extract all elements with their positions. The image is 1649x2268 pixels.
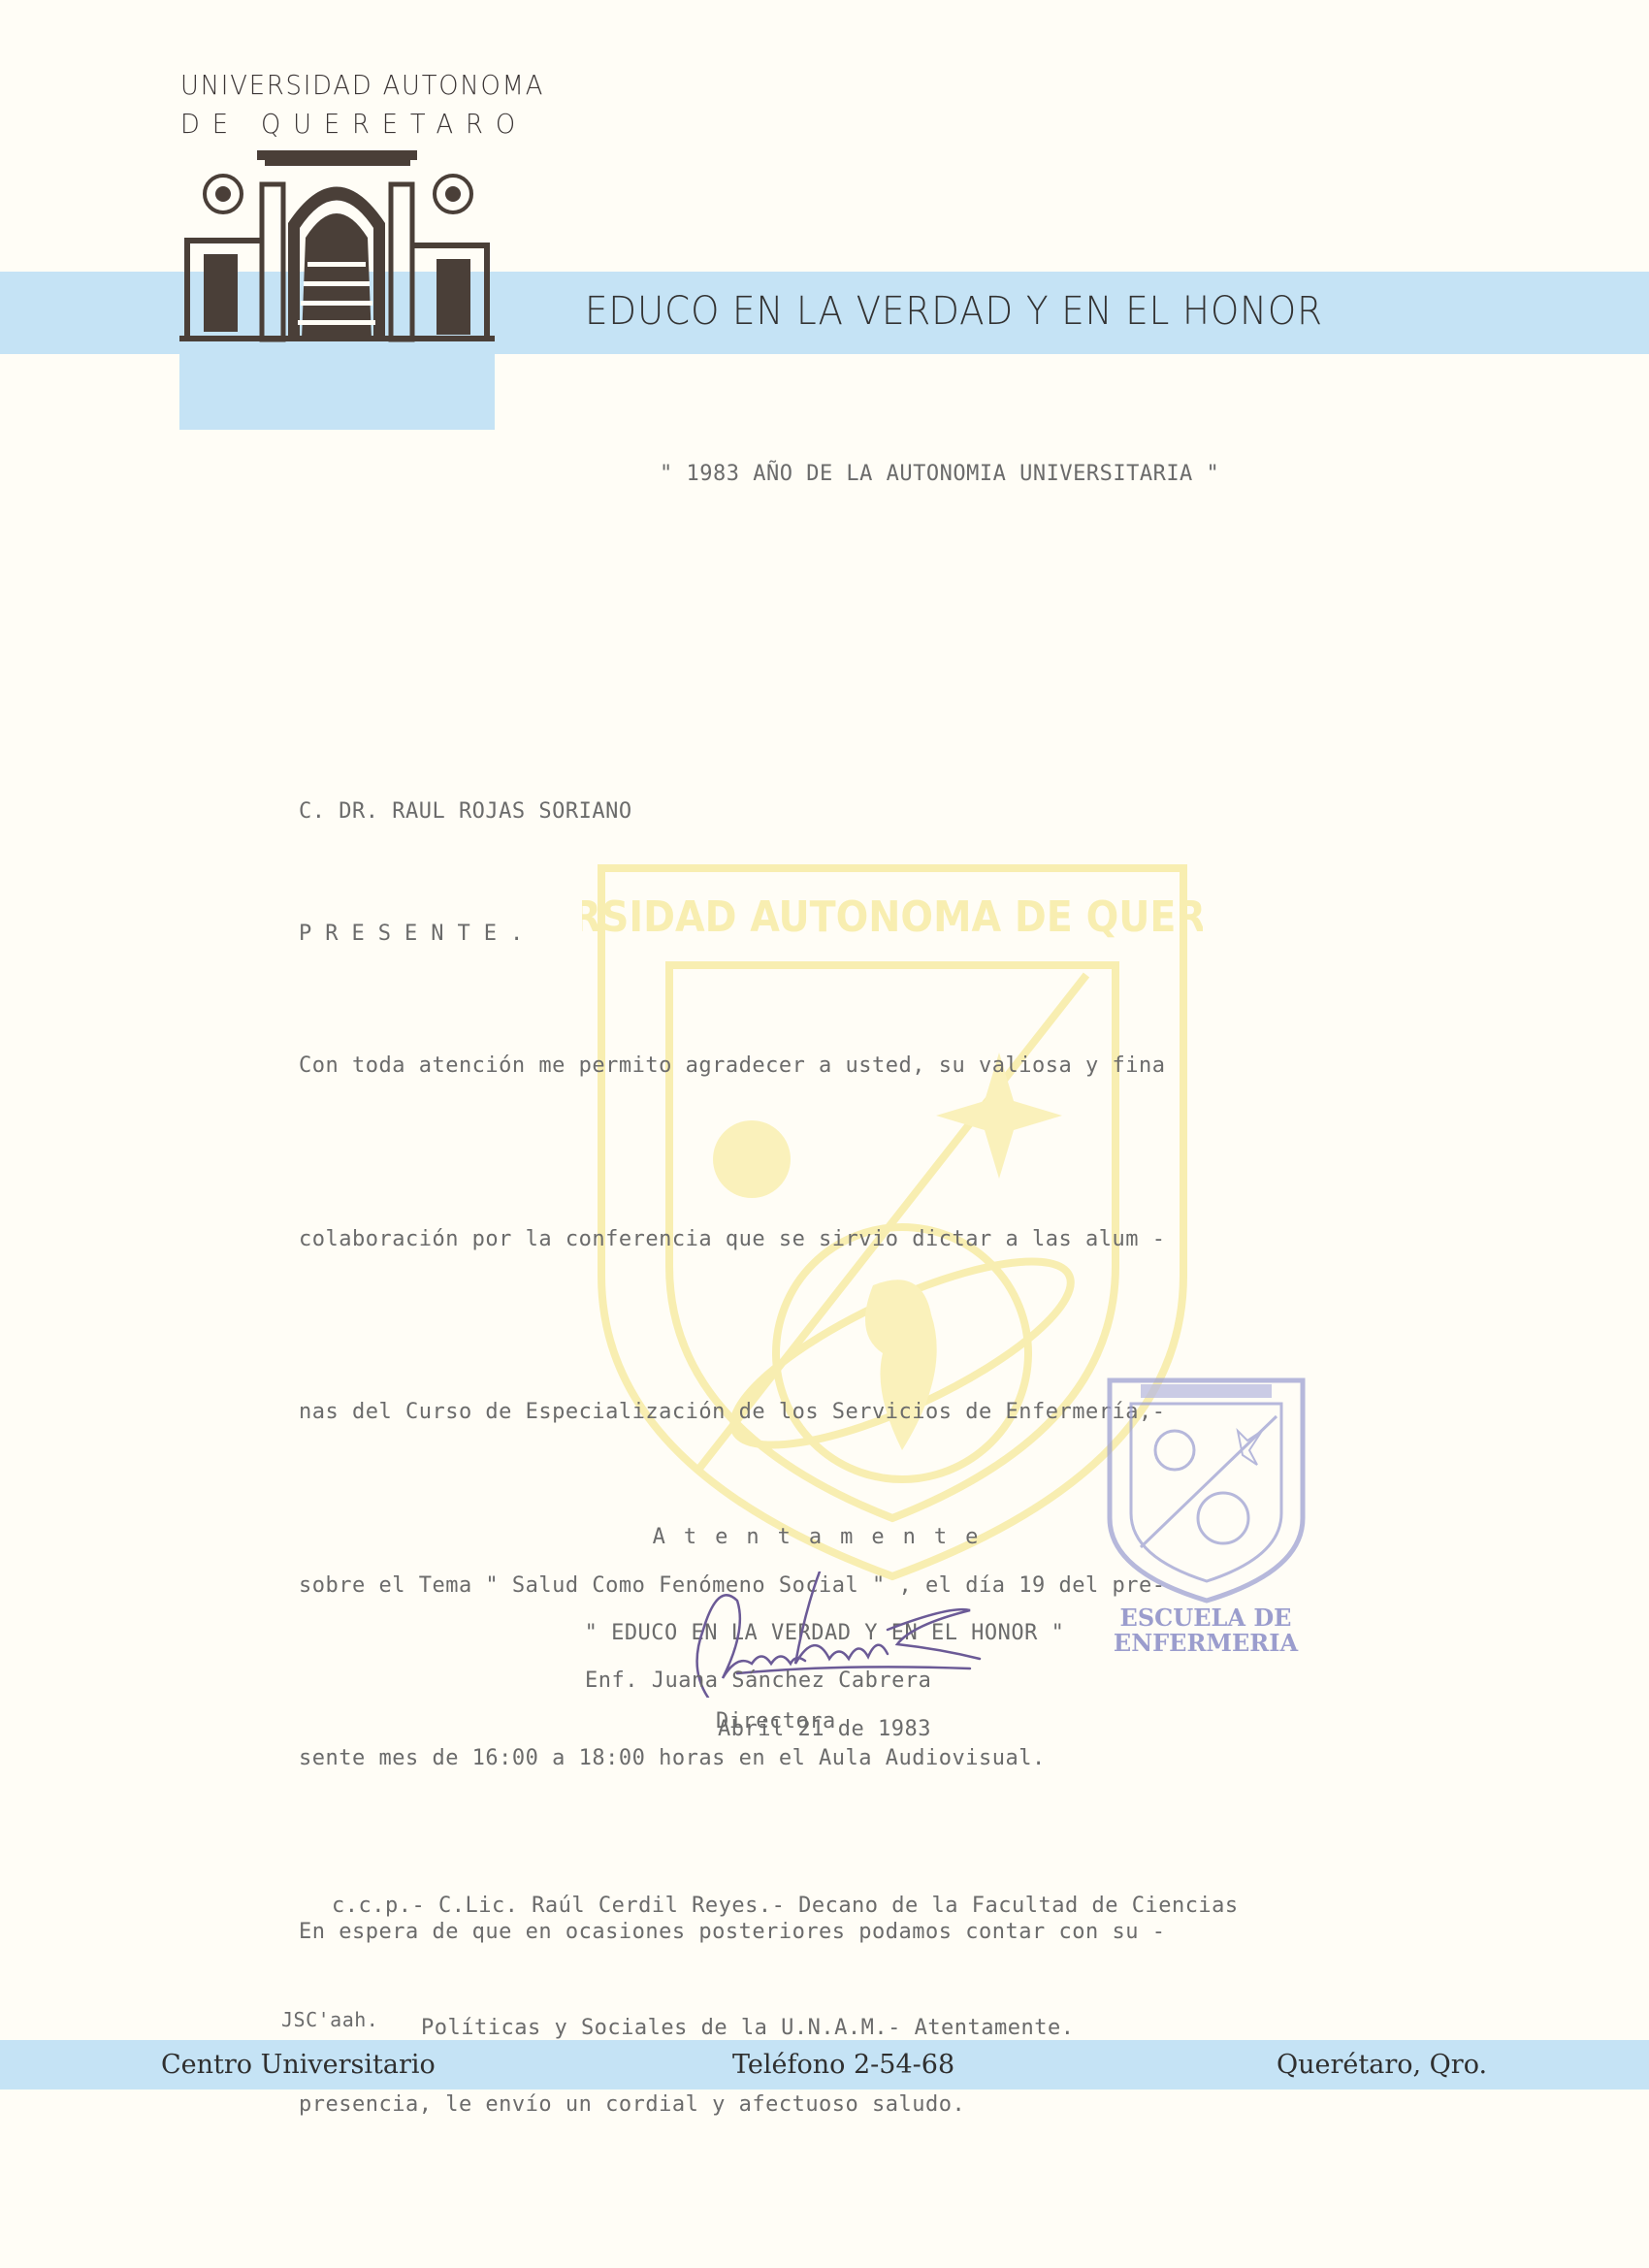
school-stamp-icon [1102, 1373, 1310, 1605]
university-name-line1: UNIVERSIDAD AUTONOMA [180, 66, 544, 105]
letterhead-motto: EDUCO EN LA VERDAD Y EN EL HONOR [585, 289, 1323, 334]
stamp-label-line1: ESCUELA DE [1104, 1605, 1308, 1631]
footer-city: Querétaro, Qro. [1277, 2050, 1487, 2080]
letterhead-band-logo-extension [179, 335, 495, 430]
university-building-logo-icon [179, 146, 495, 344]
signatory-title: Directora [716, 1709, 836, 1733]
body-line: nas del Curso de Especialización de los … [299, 1383, 1165, 1442]
signatory-name: Enf. Juana Sánchez Cabrera [585, 1669, 931, 1693]
stamp-label: ESCUELA DE ENFERMERIA [1104, 1605, 1308, 1656]
typist-initials: JSC'aah. [281, 2008, 378, 2031]
closing-salutation: Atentamente [0, 1521, 1649, 1553]
recipient-name: C. DR. RAUL ROJAS SORIANO [299, 792, 632, 832]
body-line: Con toda atención me permito agradecer a… [299, 1037, 1165, 1095]
footer-phone: Teléfono 2-54-68 [732, 2050, 954, 2080]
body-line: colaboración por la conferencia que se s… [299, 1211, 1165, 1269]
footer-address: Centro Universitario [161, 2050, 436, 2080]
stamp-label-line2: ENFERMERIA [1104, 1631, 1308, 1656]
university-name: UNIVERSIDAD AUTONOMA DE QUERETARO [180, 66, 544, 144]
year-motto: " 1983 AÑO DE LA AUTONOMIA UNIVERSITARIA… [660, 462, 1219, 486]
university-name-line2: DE QUERETARO [180, 105, 544, 144]
ccp-line1: c.c.p.- C.Lic. Raúl Cerdil Reyes.- Decan… [332, 1886, 1239, 1927]
